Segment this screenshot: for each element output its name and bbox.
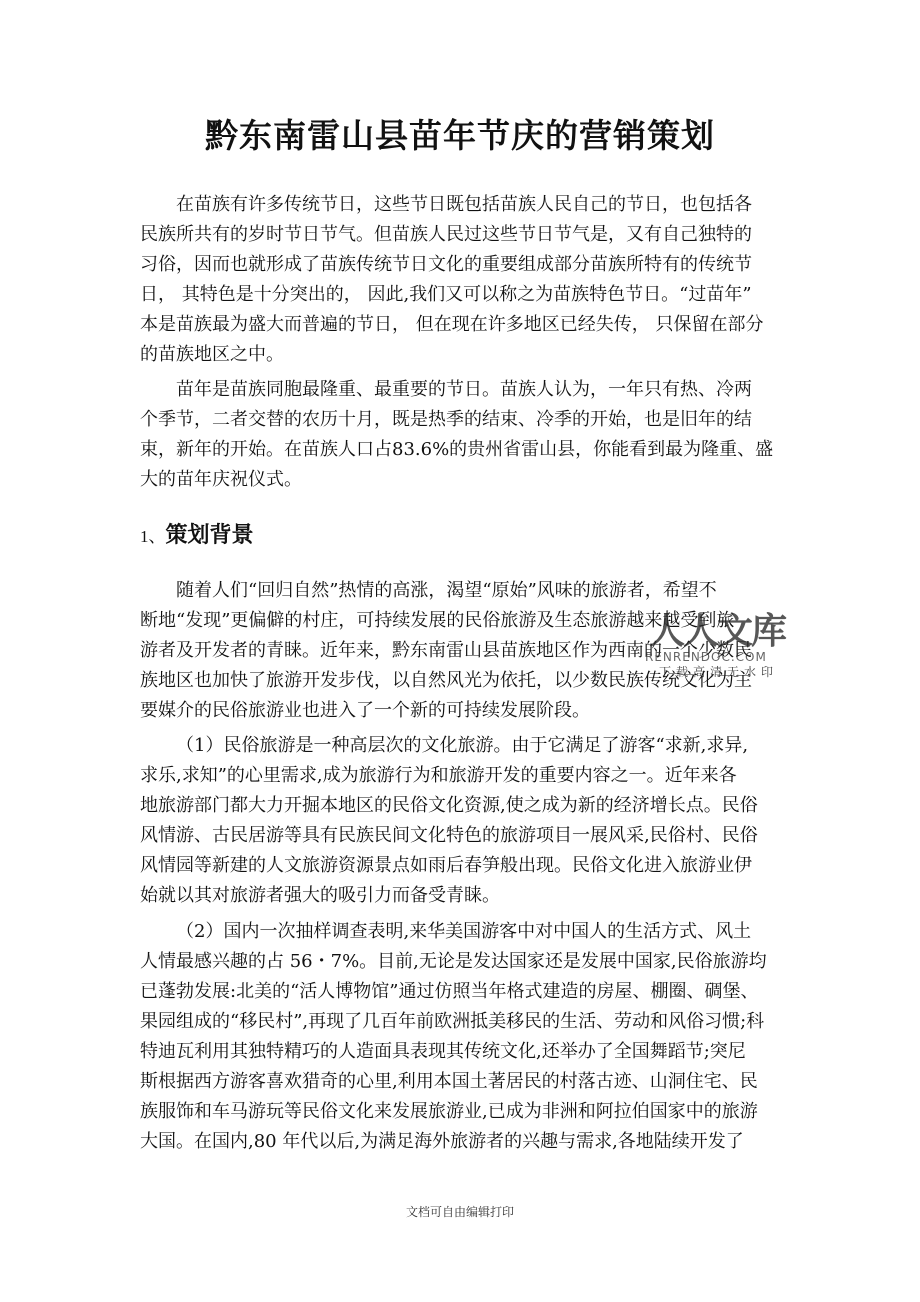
text-line: 苗年是苗族同胞最隆重、最重要的节日。苗族人认为，一年只有热、冷两	[140, 375, 782, 405]
text-line: 人情最感兴趣的占 56・7%。目前,无论是发达国家还是发展中国家,民俗旅游均	[140, 947, 782, 977]
section-heading: 1、策划背景	[140, 518, 254, 554]
document-page: 黔东南雷山县苗年节庆的营销策划 在苗族有许多传统节日，这些节日既包括苗族人民自己…	[0, 0, 920, 1302]
section-title: 策划背景	[166, 523, 254, 548]
document-title: 黔东南雷山县苗年节庆的营销策划	[0, 112, 920, 160]
text-line: 的苗族地区之中。	[140, 340, 782, 370]
page-footer: 文档可自由编辑打印	[0, 1203, 920, 1220]
text-line: 游者及开发者的青睐。近年来，黔东南雷山县苗族地区作为西南的一个少数民	[140, 636, 782, 666]
text-line: 习俗，因而也就形成了苗族传统节日文化的重要组成部分苗族所特有的传统节	[140, 250, 782, 280]
text-line: 大的苗年庆祝仪式。	[140, 465, 782, 495]
text-line: 求乐,求知”的心里需求,成为旅游行为和旅游开发的重要内容之一。近年来各	[140, 761, 782, 791]
text-line: 束，新年的开始。在苗族人口占83.6%的贵州省雷山县，你能看到最为隆重、盛	[140, 435, 782, 465]
text-line: 在苗族有许多传统节日，这些节日既包括苗族人民自己的节日，也包括各	[140, 190, 782, 220]
text-line: 已蓬勃发展:北美的“活人博物馆”通过仿照当年格式建造的房屋、棚圈、碉堡、	[140, 977, 782, 1007]
text-line: 族服饰和车马游玩等民俗文化来发展旅游业,已成为非洲和阿拉伯国家中的旅游	[140, 1097, 782, 1127]
text-line: （2）国内一次抽样调查表明,来华美国游客中对中国人的生活方式、风土	[140, 917, 782, 947]
text-line: 个季节，二者交替的农历十月，既是热季的结束、冷季的开始，也是旧年的结	[140, 405, 782, 435]
text-line: 日， 其特色是十分突出的， 因此,我们又可以称之为苗族特色节日。“过苗年”	[140, 280, 782, 310]
text-line: 特迪瓦利用其独特精巧的人造面具表现其传统文化,还举办了全国舞蹈节;突尼	[140, 1037, 782, 1067]
text-line: 地旅游部门都大力开掘本地区的民俗文化资源,使之成为新的经济增长点。民俗	[140, 791, 782, 821]
text-line: 风情园等新建的人文旅游资源景点如雨后春笋般出现。民俗文化进入旅游业伊	[140, 851, 782, 881]
text-line: 断地“发现”更偏僻的村庄，可持续发展的民俗旅游及生态旅游越来越受到旅	[140, 606, 782, 636]
text-line: 随着人们“回归自然”热情的高涨，渴望“原始”风味的旅游者，希望不	[140, 576, 782, 606]
text-line: 始就以其对旅游者强大的吸引力而备受青睐。	[140, 881, 782, 911]
text-line: 风情游、古民居游等具有民族民间文化特色的旅游项目一展风采,民俗村、民俗	[140, 821, 782, 851]
section-number: 1、	[140, 527, 166, 546]
intro-paragraph-2: 苗年是苗族同胞最隆重、最重要的节日。苗族人认为，一年只有热、冷两 个季节，二者交…	[140, 375, 782, 495]
intro-paragraph-1: 在苗族有许多传统节日，这些节日既包括苗族人民自己的节日，也包括各 民族所共有的岁…	[140, 190, 782, 370]
text-line: （1）民俗旅游是一种高层次的文化旅游。由于它满足了游客“求新,求异,	[140, 731, 782, 761]
text-line: 族地区也加快了旅游开发步伐，以自然风光为依托，以少数民族传统文化为主	[140, 666, 782, 696]
text-line: 果园组成的“移民村”,再现了几百年前欧洲抵美移民的生活、劳动和风俗习惯;科	[140, 1007, 782, 1037]
section-paragraph-3: （2）国内一次抽样调查表明,来华美国游客中对中国人的生活方式、风土 人情最感兴趣…	[140, 917, 782, 1157]
text-line: 斯根据西方游客喜欢猎奇的心里,利用本国土著居民的村落古迹、山洞住宅、民	[140, 1067, 782, 1097]
text-line: 要媒介的民俗旅游业也进入了一个新的可持续发展阶段。	[140, 696, 782, 726]
text-line: 民族所共有的岁时节日节气。但苗族人民过这些节日节气是，又有自己独特的	[140, 220, 782, 250]
section-paragraph-2: （1）民俗旅游是一种高层次的文化旅游。由于它满足了游客“求新,求异, 求乐,求知…	[140, 731, 782, 911]
section-paragraph-1: 随着人们“回归自然”热情的高涨，渴望“原始”风味的旅游者，希望不 断地“发现”更…	[140, 576, 782, 726]
text-line: 本是苗族最为盛大而普遍的节日， 但在现在许多地区已经失传， 只保留在部分	[140, 310, 782, 340]
text-line: 大国。在国内,80 年代以后,为满足海外旅游者的兴趣与需求,各地陆续开发了	[140, 1127, 782, 1157]
